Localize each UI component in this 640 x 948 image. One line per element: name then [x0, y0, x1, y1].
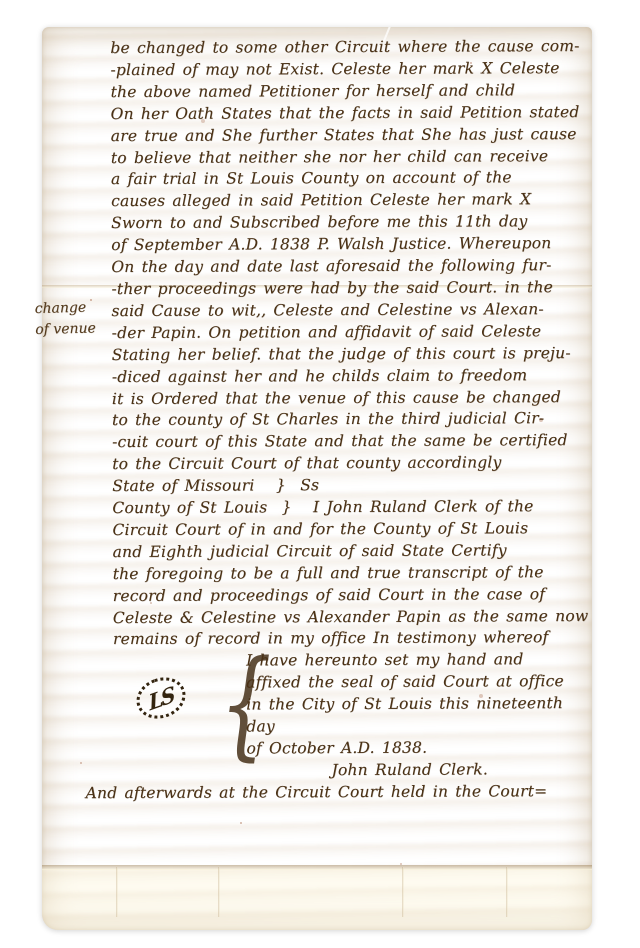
manuscript-line-text: said Cause to wit,, Celeste and Celestin…	[111, 300, 543, 320]
manuscript-line-text: of September A.D. 1838 P. Walsh Justice.…	[111, 234, 551, 254]
manuscript-line: Circuit Court of in and for the County o…	[112, 518, 592, 542]
manuscript-line-text: County of St Louis } I John Ruland Clerk…	[112, 497, 533, 517]
manuscript-line: it is Ordered that the venue of this cau…	[112, 386, 592, 410]
manuscript-line: a fair trial in St Louis County on accou…	[111, 167, 592, 191]
manuscript-line: affixed the seal of said Court at office	[113, 671, 592, 695]
manuscript-line: the foregoing to be a full and true tran…	[113, 562, 592, 586]
foxing-speckles	[42, 27, 44, 29]
manuscript-line: causes alleged in said Petition Celeste …	[111, 189, 592, 213]
manuscript-line-text: And afterwards at the Circuit Court held…	[86, 782, 548, 802]
manuscript-line: to the Circuit Court of that county acco…	[112, 452, 592, 476]
manuscript-line: -diced against her and he childs claim t…	[112, 365, 592, 389]
manuscript-line: Sworn to and Subscribed before me this 1…	[111, 211, 592, 235]
document-scan: { LS be changed to some other Circuit wh…	[0, 0, 640, 948]
paper-surface: { LS be changed to some other Circuit wh…	[42, 27, 592, 930]
manuscript-line: -ther proceedings were had by the said C…	[111, 277, 592, 301]
vertical-crease	[116, 867, 118, 917]
manuscript-line: On the day and date last aforesaid the f…	[111, 255, 592, 279]
manuscript-line-text: On her Oath States that the facts in sai…	[111, 103, 580, 123]
manuscript-line-text: and Eighth judicial Circuit of said Stat…	[113, 541, 507, 561]
manuscript-line: And afterwards at the Circuit Court held…	[86, 781, 592, 805]
manuscript-line-text: the foregoing to be a full and true tran…	[113, 563, 544, 583]
manuscript-line-text: -cuit court of this State and that the s…	[112, 431, 568, 451]
manuscript-line: John Ruland Clerk.	[113, 759, 592, 783]
manuscript-line: and Eighth judicial Circuit of said Stat…	[113, 540, 592, 564]
manuscript-line-text: be changed to some other Circuit where t…	[110, 37, 579, 57]
manuscript-line-text: -der Papin. On petition and affidavit of…	[112, 322, 542, 342]
vertical-crease	[218, 867, 220, 917]
manuscript-line: of October A.D. 1838.	[113, 737, 592, 761]
vertical-crease	[402, 867, 404, 917]
manuscript-line-text: a fair trial in St Louis County on accou…	[111, 169, 512, 189]
manuscript-line-text: the above named Petitioner for herself a…	[111, 81, 516, 101]
manuscript-line-text: State of Missouri } Ss	[112, 476, 319, 495]
manuscript-line-text: -plained of may not Exist. Celeste her m…	[110, 59, 559, 79]
manuscript-line: On her Oath States that the facts in sai…	[111, 102, 592, 126]
margin-note-change-of-venue: change of venue	[34, 297, 113, 341]
below-fold-band	[42, 869, 592, 930]
manuscript-line: -der Papin. On petition and affidavit of…	[112, 321, 592, 345]
manuscript-line-text: Circuit Court of in and for the County o…	[112, 519, 528, 539]
manuscript-line: to the county of St Charles in the third…	[112, 408, 592, 432]
manuscript-line-text: John Ruland Clerk.	[331, 760, 488, 779]
manuscript-line-text: remains of record in my office In testim…	[113, 629, 549, 649]
manuscript-line: are true and She further States that She…	[111, 124, 592, 148]
manuscript-line-text: I have hereunto set my hand and	[246, 651, 523, 670]
manuscript-text: be changed to some other Circuit where t…	[110, 36, 592, 805]
manuscript-line: be changed to some other Circuit where t…	[110, 36, 592, 60]
manuscript-line-text: to the Circuit Court of that county acco…	[112, 454, 501, 474]
manuscript-line-text: Sworn to and Subscribed before me this 1…	[111, 212, 527, 232]
manuscript-page: { LS be changed to some other Circuit wh…	[42, 27, 592, 930]
manuscript-line-text: to believe that neither she nor her chil…	[111, 147, 548, 167]
manuscript-line-text: to the county of St Charles in the third…	[112, 410, 544, 430]
manuscript-line: record and proceedings of said Court in …	[113, 584, 592, 608]
manuscript-line-text: in the City of St Louis this nineteenth …	[246, 694, 570, 735]
manuscript-line: I have hereunto set my hand and	[113, 649, 592, 673]
manuscript-line: in the City of St Louis this nineteenth …	[113, 693, 592, 739]
manuscript-line-text: causes alleged in said Petition Celeste …	[111, 191, 531, 211]
vertical-crease	[506, 867, 508, 917]
manuscript-line: -plained of may not Exist. Celeste her m…	[110, 58, 592, 82]
manuscript-line: County of St Louis } I John Ruland Clerk…	[112, 496, 592, 520]
manuscript-line: of September A.D. 1838 P. Walsh Justice.…	[111, 233, 592, 257]
manuscript-line: Stating her belief. that the judge of th…	[112, 343, 592, 367]
manuscript-line: to believe that neither she nor her chil…	[111, 145, 592, 169]
manuscript-line: Celeste & Celestine vs Alexander Papin a…	[113, 606, 592, 630]
manuscript-line-text: of October A.D. 1838.	[246, 739, 427, 758]
manuscript-line-text: Celeste & Celestine vs Alexander Papin a…	[113, 607, 589, 627]
manuscript-line: said Cause to wit,, Celeste and Celestin…	[111, 299, 592, 323]
manuscript-line-text: are true and She further States that She…	[111, 125, 577, 145]
manuscript-line: the above named Petitioner for herself a…	[111, 80, 592, 104]
manuscript-line-text: Stating her belief. that the judge of th…	[112, 344, 571, 364]
margin-note-line: change	[34, 297, 113, 320]
manuscript-line-text: -diced against her and he childs claim t…	[112, 366, 528, 386]
manuscript-line-text: -ther proceedings were had by the said C…	[111, 278, 553, 298]
manuscript-line-text: record and proceedings of said Court in …	[113, 585, 546, 605]
manuscript-line: State of Missouri } Ss	[112, 474, 592, 498]
manuscript-line-text: it is Ordered that the venue of this cau…	[112, 388, 561, 408]
margin-note-line: of venue	[35, 318, 114, 341]
manuscript-line: remains of record in my office In testim…	[113, 627, 592, 651]
manuscript-line-text: affixed the seal of said Court at office	[246, 672, 564, 691]
manuscript-line-text: On the day and date last aforesaid the f…	[111, 256, 551, 276]
manuscript-line: -cuit court of this State and that the s…	[112, 430, 592, 454]
